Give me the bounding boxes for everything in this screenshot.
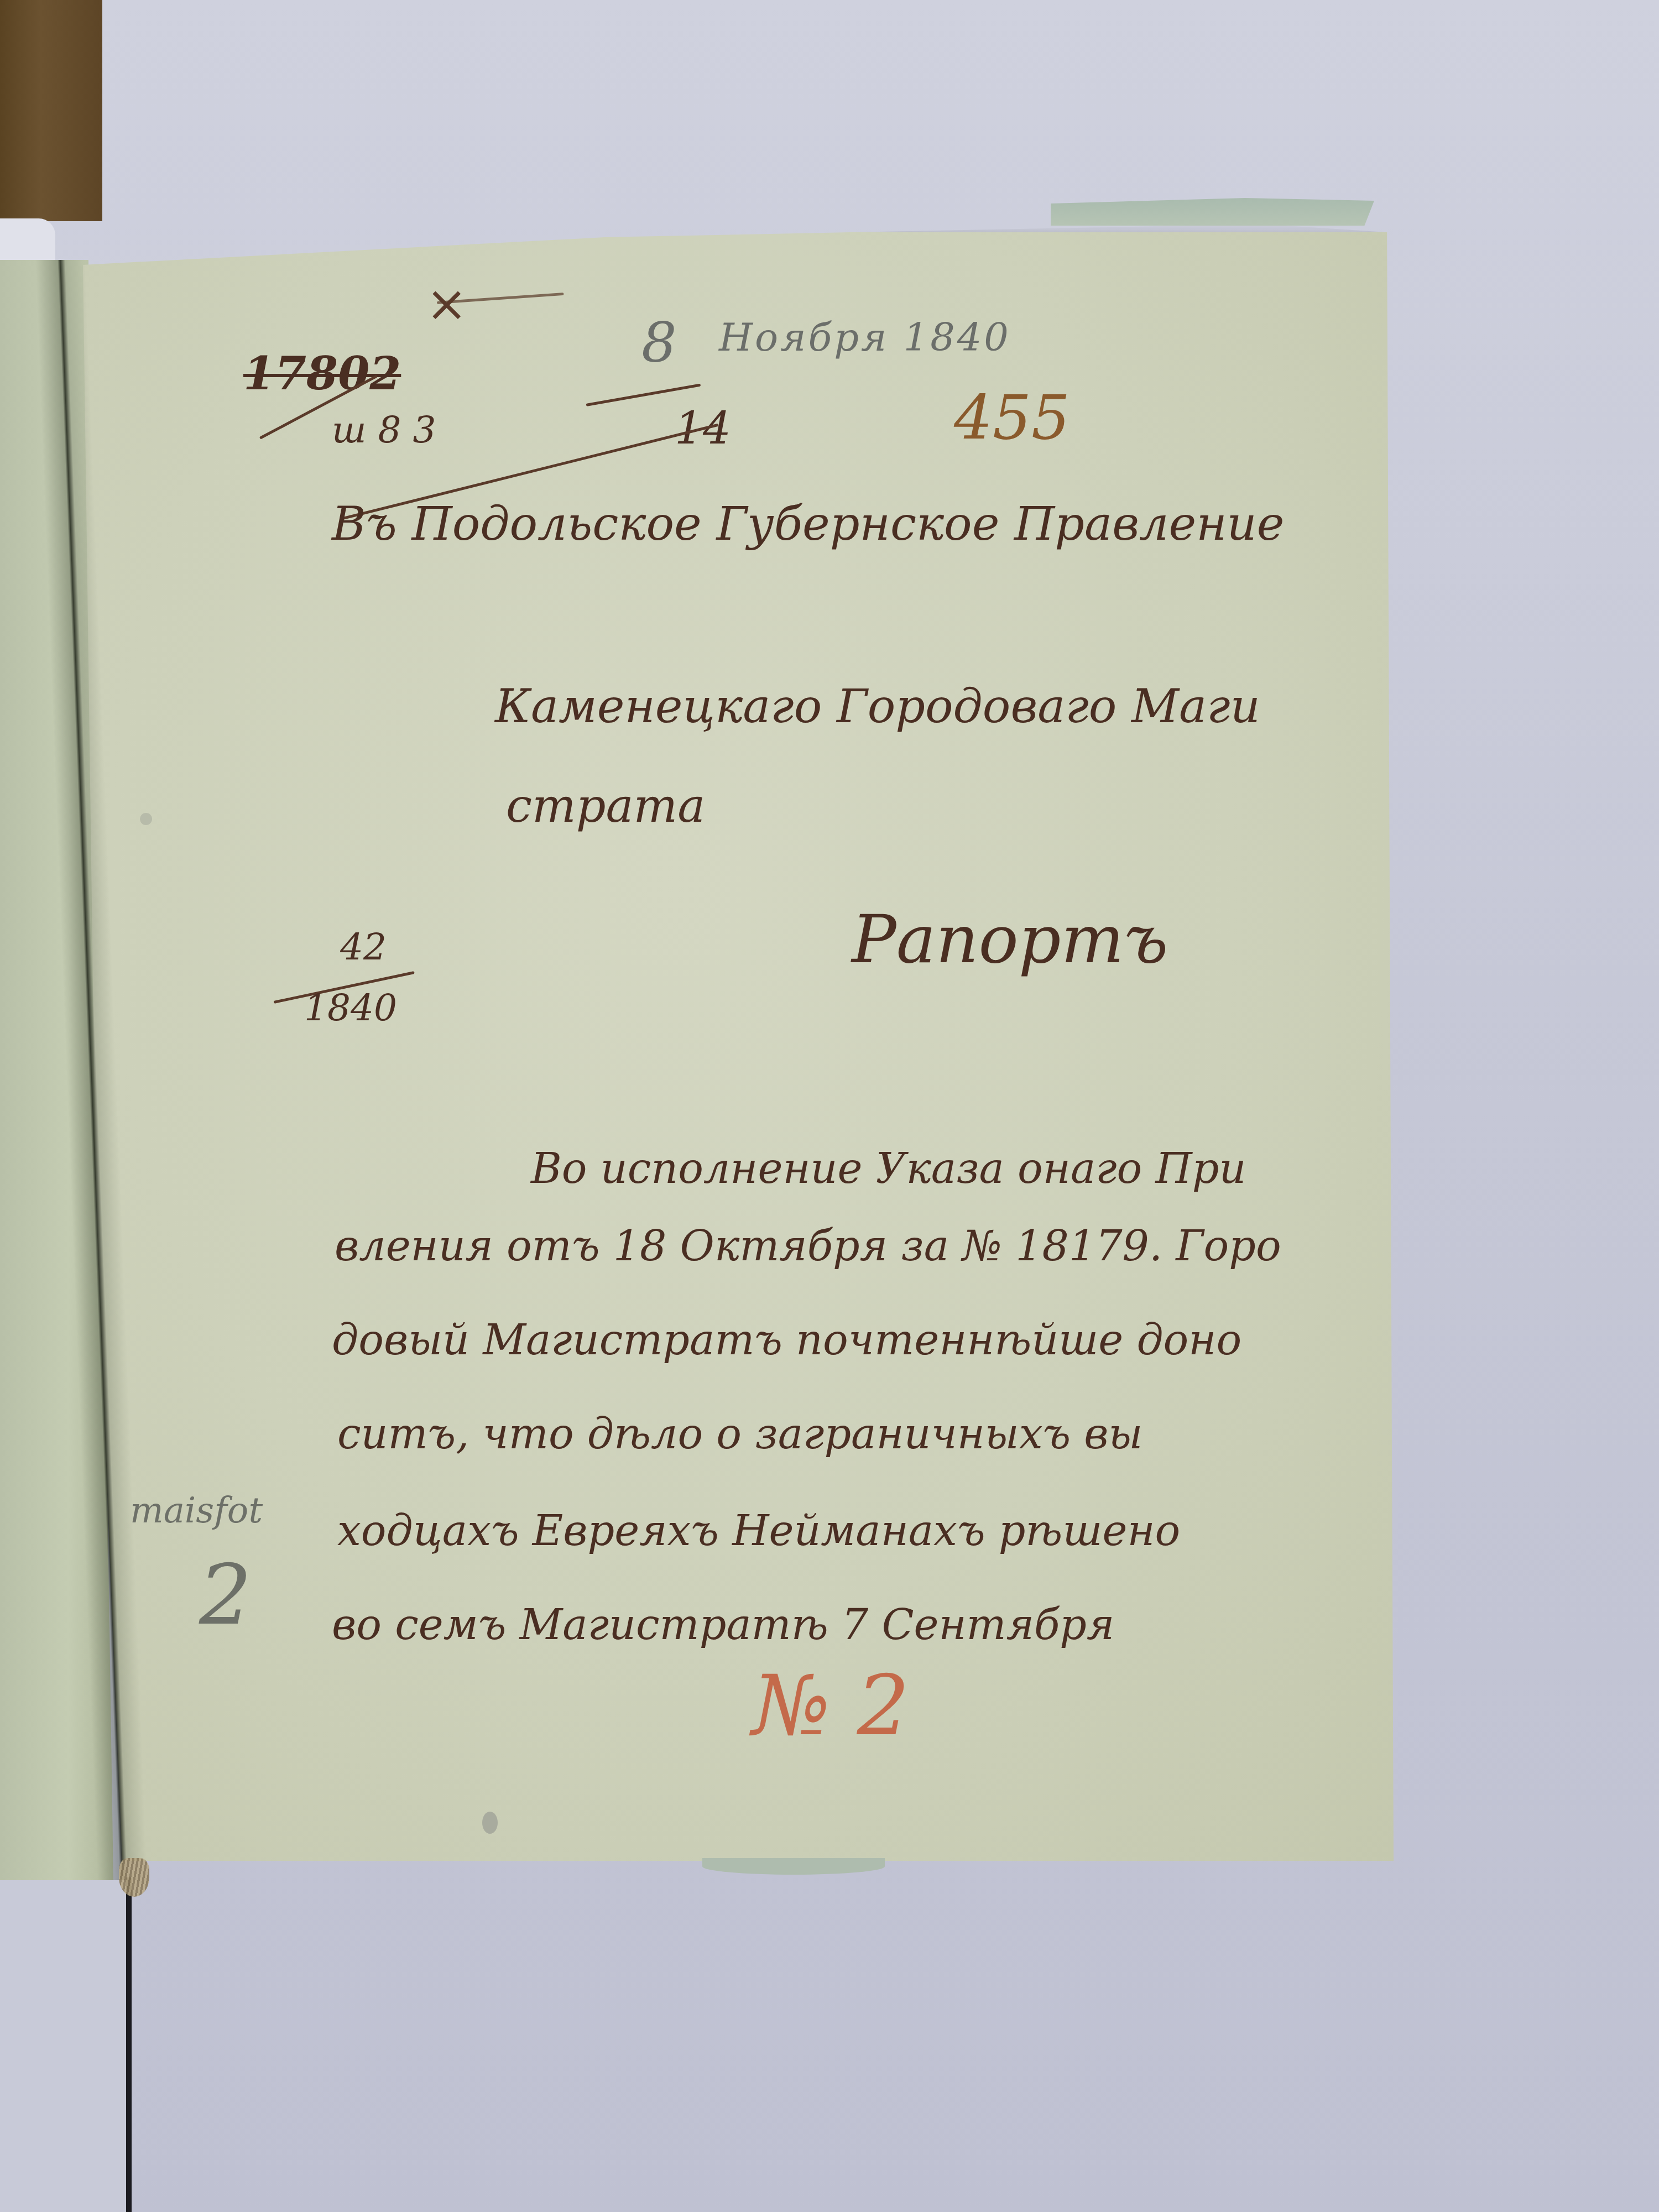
red-pencil-mark: № 2 — [752, 1665, 910, 1747]
margin-fraction-numerator: 42 — [340, 929, 387, 966]
margin-pencil-note: maisfot — [130, 1493, 263, 1528]
body-line-1: Во исполнение Указа онаго При — [531, 1147, 1246, 1190]
cross-mark: × — [426, 279, 467, 329]
wooden-edge — [0, 0, 102, 221]
margin-fraction-denominator: 1840 — [304, 990, 397, 1026]
binding-thread — [119, 1858, 149, 1897]
stamp-day: 8 — [641, 315, 679, 371]
bottom-paper-tab — [702, 1858, 885, 1875]
address-line: Въ Подольское Губернское Правление — [332, 500, 1284, 547]
body-line-2: вления отъ 18 Октября за № 18179. Горо — [335, 1225, 1281, 1267]
document-title: Рапортъ — [852, 907, 1168, 973]
body-line-6: во семъ Магистратѣ 7 Сентября — [332, 1604, 1114, 1646]
top-folded-edge — [1051, 198, 1374, 226]
sender-line-2: страта — [506, 782, 705, 829]
struck-number: 17802 — [243, 351, 401, 397]
body-line-5: ходцахъ Евреяхъ Нейманахъ рѣшено — [337, 1510, 1180, 1552]
binding-gutter — [126, 1877, 132, 2212]
sub-number: ш 8 3 — [332, 412, 436, 448]
folio-number: 455 — [954, 387, 1070, 448]
body-line-4: ситъ, что дѣло о заграничныхъ вы — [337, 1413, 1142, 1455]
sender-line-1: Каменецкаго Городоваго Маги — [495, 683, 1260, 729]
margin-pencil-number: 2 — [199, 1554, 252, 1637]
pinhole — [482, 1812, 498, 1834]
left-lower-sheet — [0, 1880, 126, 2212]
paper-blemish — [140, 813, 152, 825]
body-line-3: довый Магистратъ почтеннѣйше доно — [332, 1319, 1241, 1361]
stamp-date: Ноября 1840 — [719, 318, 1011, 357]
